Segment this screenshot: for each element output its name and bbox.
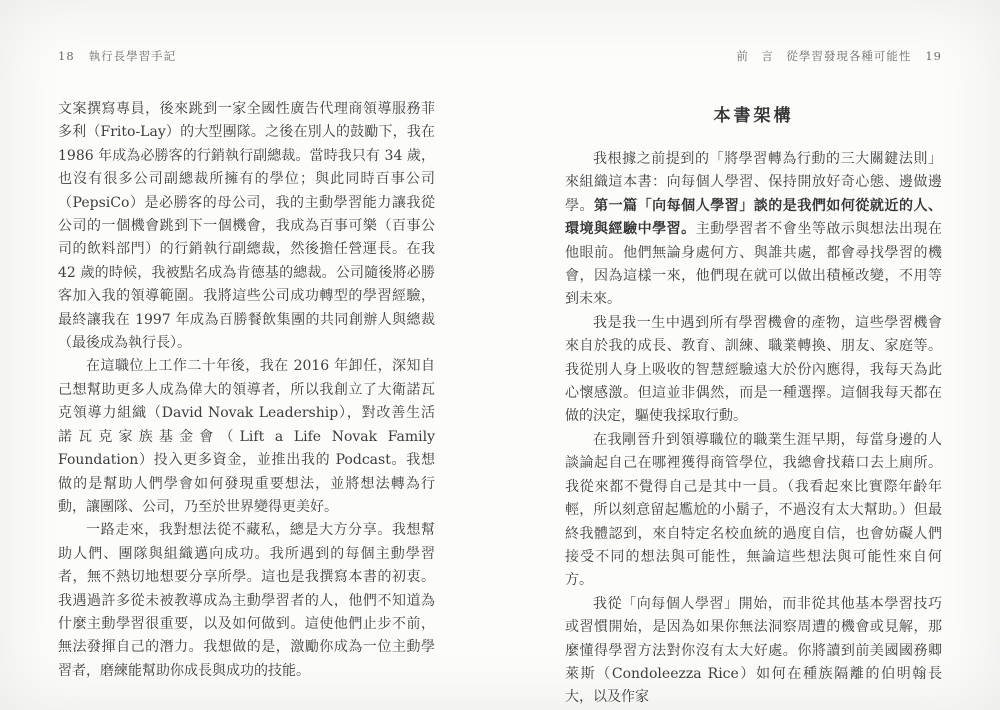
left-page-number: 18 — [58, 49, 75, 63]
paragraph: 我根據之前提到的「將學習轉為行動的三大關鍵法則」來組織這本書：向每個人學習、保持… — [565, 148, 942, 312]
left-body-text: 文案撰寫專員，後來跳到一家全國性廣告代理商領導服務菲多利（Frito-Lay）的… — [58, 98, 435, 683]
body-text-segment: 一路走來，我對想法從不藏私，總是大方分享。我想幫助人們、團隊與組織邁向成功。我所… — [58, 522, 435, 678]
left-page: 18執行長學習手記 文案撰寫專員，後來跳到一家全國性廣告代理商領導服務菲多利（F… — [58, 48, 435, 683]
left-running-head: 18執行長學習手記 — [58, 48, 435, 64]
paragraph: 我是我一生中遇到所有學習機會的產物，這些學習機會來自於我的成長、教育、訓練、職業… — [565, 312, 942, 429]
paragraph: 我從「向每個人學習」開始，而非從其他基本學習技巧或習慣開始，是因為如果你無法洞察… — [565, 593, 942, 710]
right-page: 前 言 從學習發現各種可能性19 本書架構 我根據之前提到的「將學習轉為行動的三… — [565, 48, 942, 710]
body-text-segment: 在我剛晉升到領導職位的職業生涯早期，每當身邊的人談論起自己在哪裡獲得商管學位，我… — [565, 432, 942, 588]
book-spread: 18執行長學習手記 文案撰寫專員，後來跳到一家全國性廣告代理商領導服務菲多利（F… — [0, 0, 1000, 710]
right-running-head: 前 言 從學習發現各種可能性19 — [565, 48, 942, 64]
section-title: 本書架構 — [565, 106, 942, 126]
body-text-segment: 文案撰寫專員，後來跳到一家全國性廣告代理商領導服務菲多利（Frito-Lay）的… — [58, 101, 435, 351]
right-running-title: 前 言 從學習發現各種可能性 — [736, 49, 911, 63]
body-text-segment: 我從「向每個人學習」開始，而非從其他基本學習技巧或習慣開始，是因為如果你無法洞察… — [565, 596, 942, 706]
paragraph: 文案撰寫專員，後來跳到一家全國性廣告代理商領導服務菲多利（Frito-Lay）的… — [58, 98, 435, 355]
paragraph: 在我剛晉升到領導職位的職業生涯早期，每當身邊的人談論起自己在哪裡獲得商管學位，我… — [565, 429, 942, 593]
paragraph: 在這職位上工作二十年後，我在 2016 年卸任，深知自己想幫助更多人成為偉大的領… — [58, 355, 435, 519]
left-running-title: 執行長學習手記 — [89, 49, 177, 63]
right-body-text: 我根據之前提到的「將學習轉為行動的三大關鍵法則」來組織這本書：向每個人學習、保持… — [565, 148, 942, 710]
body-text-segment: 我是我一生中遇到所有學習機會的產物，這些學習機會來自於我的成長、教育、訓練、職業… — [565, 315, 942, 425]
paragraph: 一路走來，我對想法從不藏私，總是大方分享。我想幫助人們、團隊與組織邁向成功。我所… — [58, 519, 435, 683]
body-text-segment: 在這職位上工作二十年後，我在 2016 年卸任，深知自己想幫助更多人成為偉大的領… — [58, 358, 435, 514]
right-page-number: 19 — [925, 49, 942, 63]
